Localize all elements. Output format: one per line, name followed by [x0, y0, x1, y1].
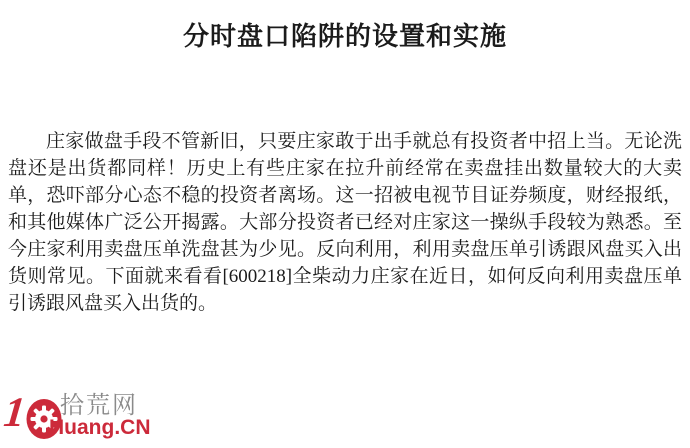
site-domain-text: Huang.CN	[49, 417, 151, 438]
site-name-text: 拾荒网	[60, 394, 138, 418]
site-watermark-logo: 1	[4, 396, 224, 446]
logo-numeral-one: 1	[2, 392, 27, 434]
document-page: 分时盘口陷阱的设置和实施 庄家做盘手段不管新旧，只要庄家敢于出手就总有投资者中招…	[0, 0, 690, 448]
article-paragraph: 庄家做盘手段不管新旧，只要庄家敢于出手就总有投资者中招上当。无论洗盘还是出货都同…	[8, 128, 682, 317]
page-title: 分时盘口陷阱的设置和实施	[0, 0, 690, 53]
